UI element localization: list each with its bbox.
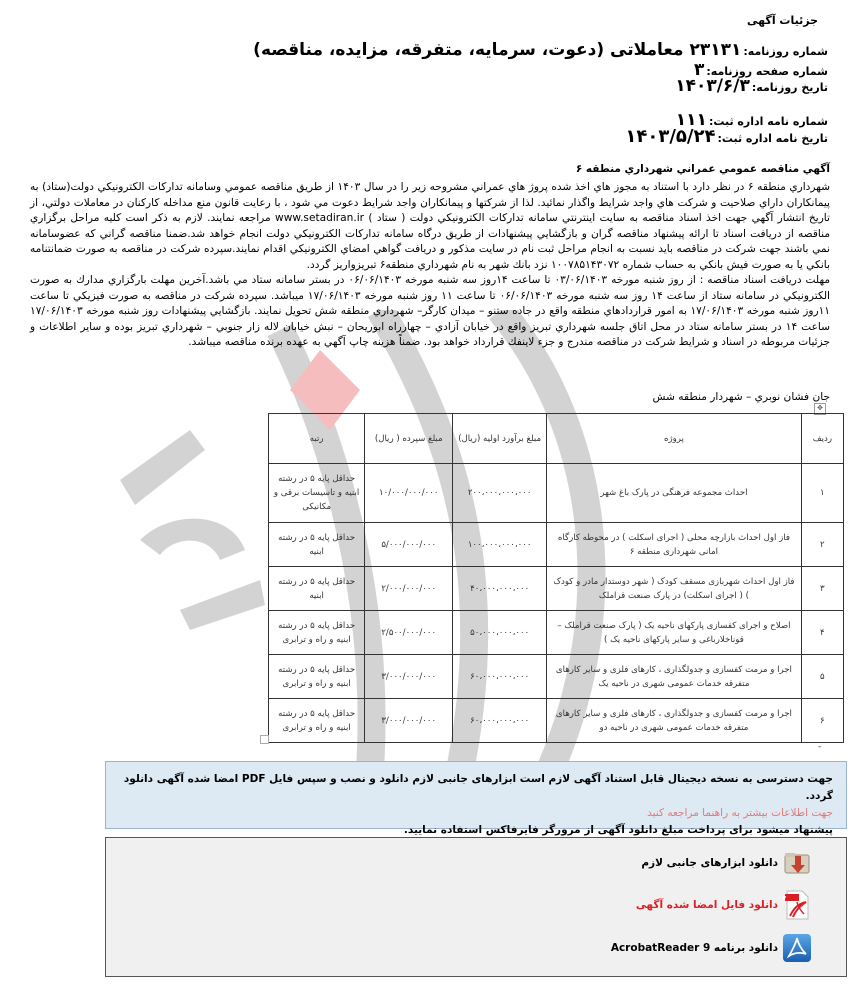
cell-estimate: ۶۰،۰۰۰،۰۰۰،۰۰۰ [453,655,547,699]
svg-text:PDF: PDF [782,896,787,902]
ad-title: آگهي مناقصه عمومي عمراني شهرداري منطقه ۶ [576,163,830,175]
cell-deposit: ۵/۰۰۰/۰۰۰/۰۰۰ [365,523,453,567]
projects-table: رديف پروژه مبلغ برآورد اوليه (ريال) مبلغ… [268,413,844,743]
ad-paragraph-2: مهلت دريافت اسناد مناقصه : از روز شنبه م… [30,273,830,351]
header-project: پروژه [547,414,802,464]
newspaper-number-value: ۲۳۱۳۱ معاملاتی (دعوت، سرمایه، متفرقه، مز… [253,40,741,60]
download-signed-pdf-label: دانلود فایل امضا شده آگهی [636,899,778,911]
table-header-row: رديف پروژه مبلغ برآورد اوليه (ريال) مبلغ… [269,414,844,464]
header-deposit: مبلغ سپرده ( ريال) [365,414,453,464]
table-row: ۳ فاز اول احداث شهربازی مسقف کودک ( شهر … [269,567,844,611]
newspaper-date-value: ۱۴۰۳/۶/۳ [675,76,750,96]
cell-deposit: ۲/۰۰۰/۰۰۰/۰۰۰ [365,567,453,611]
registry-letter-date: تاریخ نامه اداره ثبت:۱۴۰۳/۵/۲۴ [625,126,828,147]
cell-estimate: ۲۰۰،۰۰۰،۰۰۰،۰۰۰ [453,464,547,523]
table-row: ۵ اجرا و مرمت کفسازی و جدولگذاری ، کارها… [269,655,844,699]
header-grade: رتبه [269,414,365,464]
cell-row-number: ۱ [801,464,843,523]
cell-deposit: ۱۰/۰۰۰/۰۰۰/۰۰۰ [365,464,453,523]
registry-letter-date-label: تاریخ نامه اداره ثبت: [717,132,828,145]
cell-estimate: ۵۰،۰۰۰،۰۰۰،۰۰۰ [453,611,547,655]
download-signed-pdf-link[interactable]: PDF دانلود فایل امضا شده آگهی [636,888,812,922]
registry-letter-date-value: ۱۴۰۳/۵/۲۴ [625,126,715,147]
cell-project: اجرا و مرمت کفسازی و جدولگذاری ، کارهای … [547,655,802,699]
info-box: جهت دسترسی به نسخه دیجیتال قابل استناد آ… [105,761,847,829]
cell-grade: حداقل پایه ۵ در رشته ابنیه و راه و ترابر… [269,611,365,655]
folder-download-icon [782,848,812,878]
cell-project: فاز اول احداث شهربازی مسقف کودک ( شهر دو… [547,567,802,611]
download-acrobat-link[interactable]: دانلود برنامه AcrobatReader 9 [611,931,812,965]
separator-dash: - [818,742,821,752]
cell-project: فاز اول احداث بازارچه محلی ( اجرای اسکلت… [547,523,802,567]
cell-deposit: ۲/۵۰۰/۰۰۰/۰۰۰ [365,611,453,655]
download-tools-label: دانلود ابزارهای جانبی لازم [641,857,778,869]
cell-project: اجرا و مرمت کفسازی و جدولگذاری ، کارهای … [547,699,802,743]
table-row: ۶ اجرا و مرمت کفسازی و جدولگذاری ، کارها… [269,699,844,743]
acrobat-reader-icon [782,933,812,963]
cell-row-number: ۴ [801,611,843,655]
cell-estimate: ۶۰،۰۰۰،۰۰۰،۰۰۰ [453,699,547,743]
help-link[interactable]: جهت اطلاعات بیشتر به راهنما مراجعه کنید [116,805,833,822]
newspaper-date-label: تاریخ روزنامه: [752,81,828,94]
table-resize-handle[interactable] [260,735,269,744]
download-acrobat-label: دانلود برنامه AcrobatReader 9 [611,942,778,954]
downloads-box: دانلود ابزارهای جانبی لازم PDF دانلود فا… [105,837,847,977]
header-row-number: رديف [801,414,843,464]
table-row: ۲ فاز اول احداث بازارچه محلی ( اجرای اسک… [269,523,844,567]
newspaper-number-label: شماره روزنامه: [743,45,828,58]
pdf-file-icon: PDF [782,888,812,922]
cell-grade: حداقل پایه ۵ در رشته ابنیه [269,523,365,567]
page-title: جزئیات آگهی [747,14,818,27]
cell-project: احداث مجموعه فرهنگی در پارک باغ شهر [547,464,802,523]
cell-row-number: ۳ [801,567,843,611]
newspaper-date: تاریخ روزنامه:۱۴۰۳/۶/۳ [675,76,828,96]
ad-body: شهرداري منطقه ۶ در نظر دارد با استناد به… [30,180,830,351]
download-tools-link[interactable]: دانلود ابزارهای جانبی لازم [641,846,812,880]
cell-grade: حداقل پایه ۵ در رشته ابنیه و تاسیسات برق… [269,464,365,523]
newspaper-number: شماره روزنامه:۲۳۱۳۱ معاملاتی (دعوت، سرما… [253,40,828,60]
cell-project: اصلاح و اجرای کفسازی پارکهای ناحیه یک ( … [547,611,802,655]
cell-deposit: ۳/۰۰۰/۰۰۰/۰۰۰ [365,699,453,743]
cell-deposit: ۳/۰۰۰/۰۰۰/۰۰۰ [365,655,453,699]
ad-signature: جان فشان نوبري – شهردار منطقه شش [653,391,830,403]
ad-paragraph-1: شهرداري منطقه ۶ در نظر دارد با استناد به… [30,180,830,273]
table-row: ۴ اصلاح و اجرای کفسازی پارکهای ناحیه یک … [269,611,844,655]
cell-estimate: ۴۰،۰۰۰،۰۰۰،۰۰۰ [453,567,547,611]
table-row: ۱ احداث مجموعه فرهنگی در پارک باغ شهر ۲۰… [269,464,844,523]
info-line-digital-copy: جهت دسترسی به نسخه دیجیتال قابل استناد آ… [116,771,833,805]
header-estimate: مبلغ برآورد اوليه (ريال) [453,414,547,464]
cell-grade: حداقل پایه ۵ در رشته ابنیه و راه و ترابر… [269,655,365,699]
cell-row-number: ۲ [801,523,843,567]
cell-grade: حداقل پایه ۵ در رشته ابنیه [269,567,365,611]
cell-grade: حداقل پایه ۵ در رشته ابنیه و راه و ترابر… [269,699,365,743]
cell-row-number: ۵ [801,655,843,699]
cell-row-number: ۶ [801,699,843,743]
cell-estimate: ۱۰۰،۰۰۰،۰۰۰،۰۰۰ [453,523,547,567]
